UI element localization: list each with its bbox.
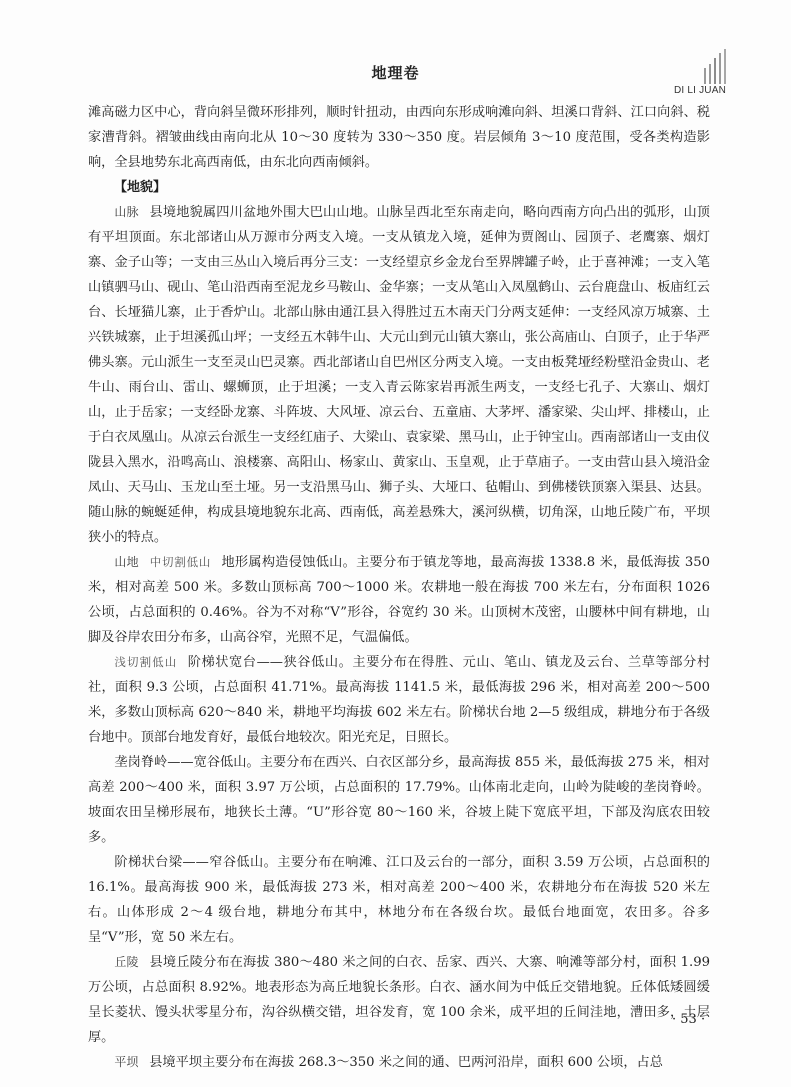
- subhead-mountains: 山脉: [114, 205, 138, 219]
- paragraph-hills: 丘陵县境丘陵分布在海拔 380～480 米之间的白衣、岳家、西兴、大寨、响滩等部…: [88, 950, 710, 1050]
- subhead-hills: 丘陵: [114, 955, 138, 969]
- paragraph-text: 阶梯状宽台——狭谷低山。主要分布在得胜、元山、笔山、镇龙及云台、兰草等部分村社，…: [88, 655, 710, 745]
- publisher-logo: DI LI JUAN: [672, 48, 742, 100]
- paragraph-mountains: 山脉县境地貌属四川盆地外围大巴山山地。山脉呈西北至东南走向，略向西南方向凸出的弧…: [88, 200, 710, 550]
- paragraph-shallow-low-mountain: 浅切割低山阶梯状宽台——狭谷低山。主要分布在得胜、元山、笔山、镇龙及云台、兰草等…: [88, 650, 710, 750]
- continuation-paragraph: 滩高磁力区中心，背向斜呈微环形排列，顺时针扭动，由西向东形成响滩向斜、坦溪口背斜…: [88, 100, 710, 175]
- vertical-bars-icon: [702, 48, 734, 84]
- document-page: 地理卷 DI LI JUAN 滩高磁力区中心，背向斜呈微环形排列，顺时针扭动，由…: [0, 0, 791, 1087]
- paragraph-ridge-valley: 垄岗脊岭——宽谷低山。主要分布在西兴、白衣区部分乡，最高海拔 855 米，最低海…: [88, 750, 710, 850]
- subhead-mountain-land: 山地: [114, 555, 139, 569]
- paragraph-text: 县境丘陵分布在海拔 380～480 米之间的白衣、岳家、西兴、大寨、响滩等部分村…: [88, 955, 710, 1045]
- subhead-shallow-cut-low-mountain: 浅切割低山: [114, 655, 177, 669]
- subhead-medium-cut-low-mountain: 中切割低山: [150, 555, 211, 569]
- paragraph-mountain-land: 山地中切割低山地形属构造侵蚀低山。主要分布于镇龙等地，最高海拔 1338.8 米…: [88, 550, 710, 650]
- logo-text: DI LI JUAN: [674, 85, 744, 96]
- paragraph-terrace-ridge: 阶梯状台梁——窄谷低山。主要分布在响滩、江口及云台的一部分，面积 3.59 万公…: [88, 850, 710, 950]
- paragraph-text: 县境平坝主要分布在海拔 268.3～350 米之间的通、巴两河沿岸，面积 600…: [149, 1055, 663, 1070]
- article-body: 滩高磁力区中心，背向斜呈微环形排列，顺时针扭动，由西向东形成响滩向斜、坦溪口背斜…: [88, 100, 710, 1075]
- section-heading: 【地貌】: [88, 175, 710, 200]
- paragraph-text: 县境地貌属四川盆地外围大巴山山地。山脉呈西北至东南走向，略向西南方向凸出的弧形，…: [88, 205, 710, 545]
- page-number: · 53 ·: [672, 1012, 705, 1027]
- subhead-flatland: 平坝: [114, 1055, 138, 1069]
- paragraph-flatland: 平坝县境平坝主要分布在海拔 268.3～350 米之间的通、巴两河沿岸，面积 6…: [88, 1050, 710, 1075]
